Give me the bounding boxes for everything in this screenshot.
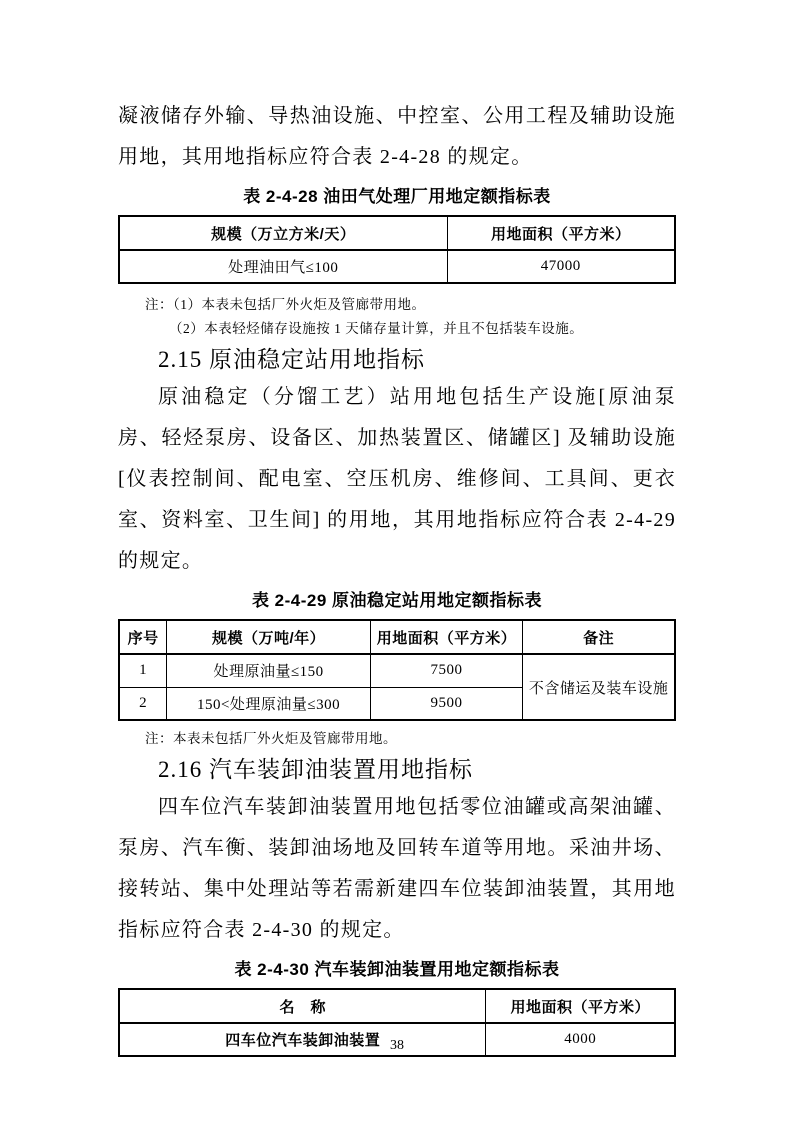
table-cell-area: 9500 xyxy=(370,687,522,720)
table-row: 1 处理原油量≤150 7500 不含储运及装车设施 xyxy=(119,654,675,687)
table-cell-scale: 处理原油量≤150 xyxy=(167,654,370,687)
table-2-4-28-title: 表 2-4-28 油田气处理厂用地定额指标表 xyxy=(118,185,676,209)
column-header-area: 用地面积（平方米） xyxy=(486,989,675,1023)
table-2-4-28-header-row: 规模（万立方米/天） 用地面积（平方米） xyxy=(119,216,675,250)
table-2-4-28: 规模（万立方米/天） 用地面积（平方米） 处理油田气≤100 47000 xyxy=(118,215,676,284)
table-cell-scale: 处理油田气≤100 xyxy=(119,250,447,283)
page-content: 凝液储存外输、导热油设施、中控室、公用工程及辅助设施用地，其用地指标应符合表 2… xyxy=(118,96,676,1057)
section-2-15-paragraph: 原油稳定（分馏工艺）站用地包括生产设施[原油泵房、轻烃泵房、设备区、加热装置区、… xyxy=(118,377,676,582)
table-2-4-29-title: 表 2-4-29 原油稳定站用地定额指标表 xyxy=(118,589,676,613)
section-2-16-heading: 2.16 汽车装卸油装置用地指标 xyxy=(118,755,676,785)
table-cell-no: 1 xyxy=(119,654,167,687)
table-2-4-30-header-row: 名 称 用地面积（平方米） xyxy=(119,989,675,1023)
table-cell-no: 2 xyxy=(119,687,167,720)
column-header-scale: 规模（万吨/年） xyxy=(167,620,370,654)
table-2-4-30-title: 表 2-4-30 汽车装卸油装置用地定额指标表 xyxy=(118,958,676,982)
table-note: 注：（1）本表未包括厂外火炬及管廊带用地。 xyxy=(145,295,676,314)
section-2-15-heading: 2.15 原油稳定站用地指标 xyxy=(118,345,676,375)
table-2-4-29-header-row: 序号 规模（万吨/年） 用地面积（平方米） 备注 xyxy=(119,620,675,654)
paragraph-intro: 凝液储存外输、导热油设施、中控室、公用工程及辅助设施用地，其用地指标应符合表 2… xyxy=(118,96,676,178)
table-cell-scale: 150<处理原油量≤300 xyxy=(167,687,370,720)
column-header-no: 序号 xyxy=(119,620,167,654)
page-number: 38 xyxy=(0,1038,794,1054)
document-page: 凝液储存外输、导热油设施、中控室、公用工程及辅助设施用地，其用地指标应符合表 2… xyxy=(0,0,794,1122)
section-2-16-paragraph: 四车位汽车装卸油装置用地包括零位油罐或高架油罐、泵房、汽车衡、装卸油场地及回转车… xyxy=(118,787,676,951)
column-header-name: 名 称 xyxy=(119,989,486,1023)
column-header-scale: 规模（万立方米/天） xyxy=(119,216,447,250)
table-cell-remark: 不含储运及装车设施 xyxy=(523,654,675,720)
table-2-4-28-notes: 注：（1）本表未包括厂外火炬及管廊带用地。 （2）本表轻烃储存设施按 1 天储存… xyxy=(145,295,676,338)
table-cell-area: 47000 xyxy=(447,250,675,283)
column-header-remark: 备注 xyxy=(523,620,675,654)
table-2-4-29-note: 注：本表未包括厂外火炬及管廊带用地。 xyxy=(145,730,676,748)
column-header-area: 用地面积（平方米） xyxy=(447,216,675,250)
table-2-4-29: 序号 规模（万吨/年） 用地面积（平方米） 备注 1 处理原油量≤150 750… xyxy=(118,619,676,721)
table-row: 处理油田气≤100 47000 xyxy=(119,250,675,283)
column-header-area: 用地面积（平方米） xyxy=(370,620,522,654)
table-cell-area: 7500 xyxy=(370,654,522,687)
table-note: （2）本表轻烃储存设施按 1 天储存量计算，并且不包括装车设施。 xyxy=(169,319,676,338)
